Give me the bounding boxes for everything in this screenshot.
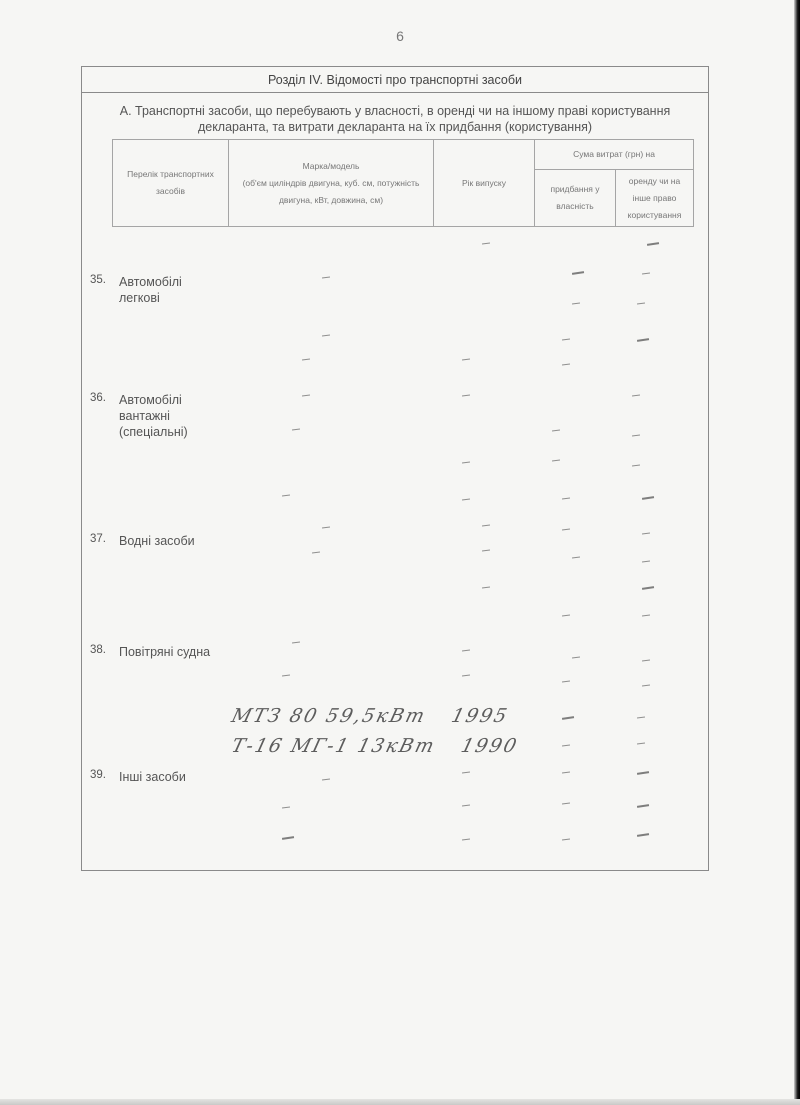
dash-mark xyxy=(552,429,560,431)
dash-mark xyxy=(562,614,570,616)
dash-mark xyxy=(562,528,570,530)
handwritten-entry-2: Т-16 МГ-1 13кВт 1990 xyxy=(229,735,520,757)
dash-mark xyxy=(562,363,570,365)
dash-mark xyxy=(562,802,570,804)
dash-mark xyxy=(462,461,470,463)
dash-mark xyxy=(462,674,470,676)
row-number-36: 36. xyxy=(90,392,106,404)
dash-mark xyxy=(647,242,659,245)
dash-mark xyxy=(282,806,290,808)
dash-mark xyxy=(637,742,645,744)
dash-mark xyxy=(462,838,470,840)
dash-mark xyxy=(282,836,294,839)
dash-mark xyxy=(482,524,490,526)
dash-mark xyxy=(462,498,470,500)
dash-mark xyxy=(322,778,330,780)
header-vehicle-type: Перелік транспортних засобів xyxy=(113,140,228,226)
dash-mark xyxy=(562,716,574,719)
entry-2-model: Т-16 МГ-1 13кВт xyxy=(229,735,438,757)
dash-mark xyxy=(312,551,320,553)
dash-mark xyxy=(637,716,645,718)
vehicles-section-frame: Розділ IV. Відомості про транспортні зас… xyxy=(81,66,709,871)
dash-mark xyxy=(562,771,570,773)
entry-1-year: 1995 xyxy=(449,705,511,727)
row-label-water: Водні засоби xyxy=(119,533,195,549)
dash-mark xyxy=(637,302,645,304)
dash-mark xyxy=(637,338,649,341)
row-label-other: Інші засоби xyxy=(119,769,186,785)
dash-mark xyxy=(642,496,654,499)
dash-mark xyxy=(642,272,650,274)
dash-mark xyxy=(462,358,470,360)
dash-mark xyxy=(572,656,580,658)
dash-mark xyxy=(302,394,310,396)
table-right-border xyxy=(693,139,694,227)
dash-mark xyxy=(562,338,570,340)
dash-mark xyxy=(632,434,640,436)
section-title: Розділ IV. Відомості про транспортні зас… xyxy=(82,67,708,93)
entry-2-year: 1990 xyxy=(459,735,521,757)
row-number-38: 38. xyxy=(90,644,106,656)
dash-mark xyxy=(562,680,570,682)
dash-mark xyxy=(322,334,330,336)
subsection-title-line-1: А. Транспортні засоби, що перебувають у … xyxy=(82,103,708,119)
dash-mark xyxy=(282,674,290,676)
header-model: Марка/модель (об'єм циліндрів двигуна, к… xyxy=(229,140,433,226)
dash-mark xyxy=(302,358,310,360)
dash-mark xyxy=(637,804,649,807)
row-number-35: 35. xyxy=(90,274,106,286)
header-model-title: Марка/модель xyxy=(303,158,360,175)
dash-mark xyxy=(292,428,300,430)
dash-mark xyxy=(642,532,650,534)
subsection-title-line-2: декларанта, та витрати декларанта на їх … xyxy=(82,119,708,135)
header-purchase: придбання у власність xyxy=(535,170,615,226)
page-number: 6 xyxy=(0,28,800,44)
dash-mark xyxy=(462,394,470,396)
dash-mark xyxy=(482,242,490,244)
dash-mark xyxy=(322,526,330,528)
dash-mark xyxy=(642,684,650,686)
dash-mark xyxy=(637,771,649,774)
dash-mark xyxy=(632,394,640,396)
row-label-cars: Автомобілі легкові xyxy=(119,274,199,306)
dash-mark xyxy=(562,744,570,746)
row-label-aircraft: Повітряні судна xyxy=(119,644,210,660)
dash-mark xyxy=(642,560,650,562)
header-year: Рік випуску xyxy=(434,140,534,226)
scan-edge xyxy=(794,0,800,1105)
dash-mark xyxy=(482,549,490,551)
dash-mark xyxy=(642,586,654,589)
header-expenses-group: Сума витрат (грн) на xyxy=(535,140,693,169)
dash-mark xyxy=(562,838,570,840)
entry-1-model: МТЗ 80 59,5кВт xyxy=(229,705,428,727)
dash-mark xyxy=(282,494,290,496)
header-bottom-border xyxy=(112,226,694,227)
dash-mark xyxy=(572,302,580,304)
dash-mark xyxy=(572,271,584,274)
row-number-37: 37. xyxy=(90,533,106,545)
dash-mark xyxy=(637,833,649,836)
dash-mark xyxy=(572,556,580,558)
subsection-title: А. Транспортні засоби, що перебувають у … xyxy=(82,103,708,135)
header-model-note: (об'єм циліндрів двигуна, куб. см, потуж… xyxy=(229,175,433,209)
dash-mark xyxy=(292,641,300,643)
dash-mark xyxy=(322,276,330,278)
dash-mark xyxy=(632,464,640,466)
dash-mark xyxy=(642,659,650,661)
scan-bottom-edge xyxy=(0,1099,800,1105)
dash-mark xyxy=(462,649,470,651)
row-number-39: 39. xyxy=(90,769,106,781)
dash-mark xyxy=(562,497,570,499)
dash-mark xyxy=(642,614,650,616)
handwritten-entry-1: МТЗ 80 59,5кВт 1995 xyxy=(229,705,511,727)
dash-mark xyxy=(462,804,470,806)
dash-mark xyxy=(482,586,490,588)
row-label-trucks: Автомобілі вантажні (спеціальні) xyxy=(119,392,199,440)
dash-mark xyxy=(462,771,470,773)
dash-mark xyxy=(552,459,560,461)
header-rent: оренду чи на інше право користування xyxy=(616,170,693,226)
